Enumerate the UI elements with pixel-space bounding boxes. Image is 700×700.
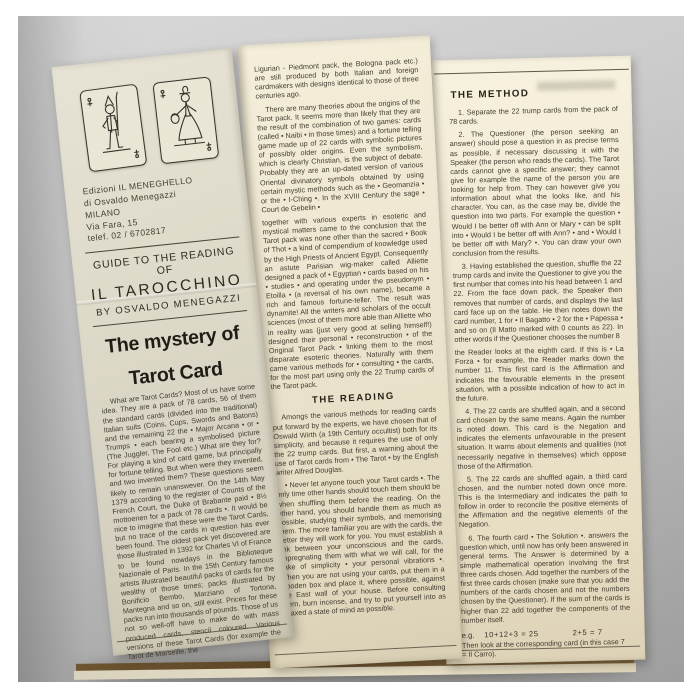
card-pip-bottom-right (134, 150, 139, 158)
method-section-text: 1. Separate the 22 trump cards from the … (449, 104, 631, 625)
card-pip-top-left (160, 90, 165, 98)
paragraph: Ligurian - Piedmont pack, the Bologna pa… (254, 56, 420, 101)
method-step: 2. The Questioner (the person seeking an… (449, 126, 621, 258)
reading-section-text: Amongs the various methods for reading c… (272, 405, 446, 618)
method-step: 5. The 22 cards are shuffled again, a th… (458, 471, 628, 530)
photo-backdrop: Edizioni IL MENEGHELLO di Osvaldo Menega… (18, 16, 684, 682)
tarot-cards-illustration (68, 75, 231, 173)
page-title-line-1: The mystery of (94, 323, 250, 359)
soldier-with-musket-icon (83, 87, 144, 169)
paragraph: There are many theories about the origin… (256, 97, 426, 215)
example-label: e.g. (462, 630, 475, 639)
paragraph: together with various experts in esoteri… (262, 210, 435, 392)
middle-column-text: Ligurian - Piedmont pack, the Bologna pa… (254, 56, 435, 392)
paragraph: • Never let anyone touch your Tarot card… (276, 473, 447, 618)
example-formula-2: 2+5 = 7 (573, 627, 603, 637)
card-pip-bottom-right (207, 143, 212, 151)
publisher-block: Edizioni IL MENEGHELLO di Osvaldo Menega… (82, 171, 238, 246)
method-step: 3. Having established the question, shuf… (453, 258, 624, 344)
cover-body-text: What are Tarot Cards? Most of us have so… (100, 382, 282, 661)
panel-top-fold-line (434, 69, 629, 75)
paragraph: Amongs the various methods for reading c… (272, 405, 439, 477)
faint-stamp-smudge (537, 80, 615, 91)
guide-title-block: GUIDE TO THE READING OF IL TAROCCHINO BY… (86, 245, 246, 320)
panel-bottom-rule (275, 645, 457, 656)
page-title: The mystery of Tarot Card (94, 323, 254, 392)
pamphlet-right-panel: THE METHOD 1. Separate the 22 trump card… (432, 56, 646, 665)
lady-with-basket-icon (156, 80, 216, 161)
method-step: 6. The fourth card • The Solution •. ans… (459, 529, 630, 624)
example-formula-1: 10+12+3 = 25 (484, 629, 539, 639)
paragraph: What are Tarot Cards? Most of us have so… (100, 382, 282, 661)
card-pip-top-left (87, 98, 92, 106)
tarot-card-soldier (79, 84, 147, 173)
method-step-continuation: the Reader looks at the eighth card. If … (455, 344, 625, 403)
method-step: 1. Separate the 22 trump cards from the … (449, 104, 618, 126)
method-step: 4. The 22 cards are shuffled again, and … (456, 403, 627, 471)
tarot-card-lady (152, 76, 219, 164)
